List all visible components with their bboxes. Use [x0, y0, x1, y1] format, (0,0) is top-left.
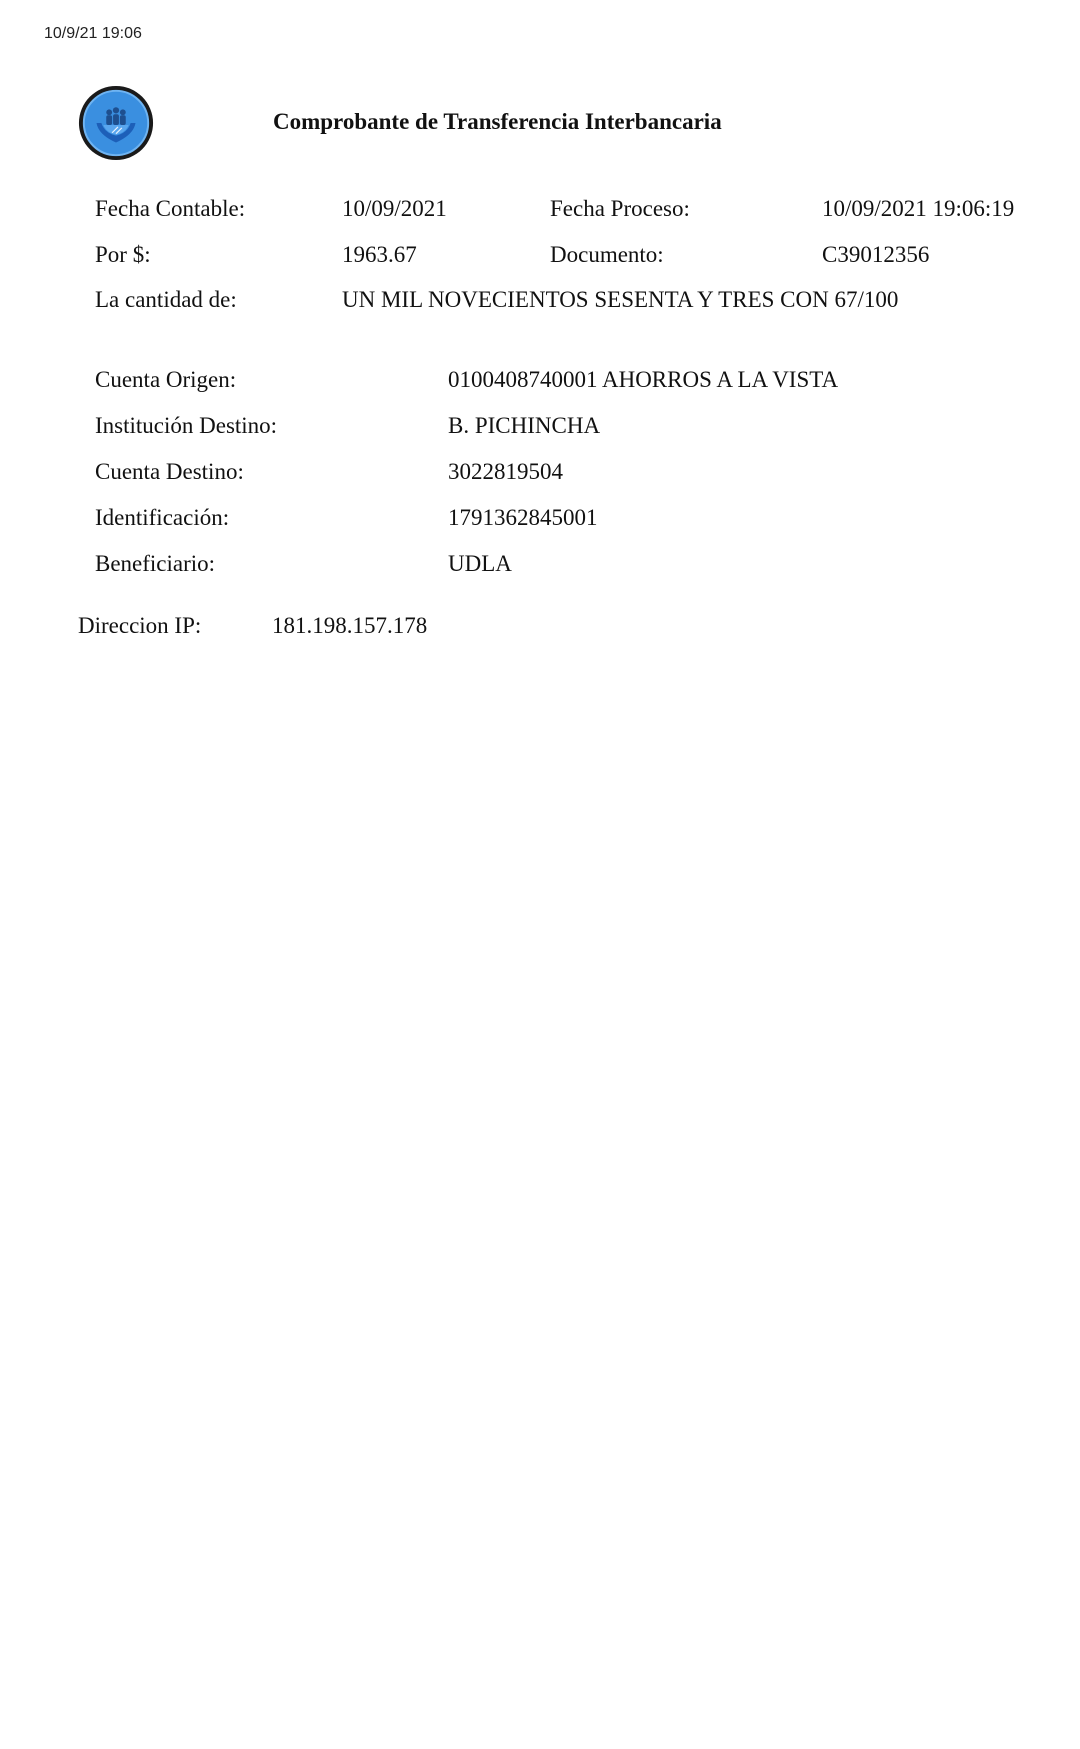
documento-value: C39012356	[822, 241, 929, 269]
beneficiario-label: Beneficiario:	[95, 550, 215, 578]
cuenta-origen-label: Cuenta Origen:	[95, 366, 236, 394]
fecha-contable-value: 10/09/2021	[342, 195, 447, 223]
ip-label: Direccion IP:	[78, 612, 201, 640]
identificacion-value: 1791362845001	[448, 504, 598, 532]
beneficiario-value: UDLA	[448, 550, 512, 578]
ip-value: 181.198.157.178	[272, 612, 427, 640]
documento-label: Documento:	[550, 241, 664, 269]
fecha-proceso-label: Fecha Proceso:	[550, 195, 690, 223]
cantidad-value: UN MIL NOVECIENTOS SESENTA Y TRES CON 67…	[342, 286, 898, 314]
cuenta-destino-value: 3022819504	[448, 458, 563, 486]
institucion-destino-value: B. PICHINCHA	[448, 412, 600, 440]
cantidad-label: La cantidad de:	[95, 286, 237, 314]
cuenta-destino-label: Cuenta Destino:	[95, 458, 244, 486]
print-timestamp: 10/9/21 19:06	[44, 24, 142, 44]
monto-label: Por $:	[95, 241, 151, 269]
fecha-contable-label: Fecha Contable:	[95, 195, 245, 223]
bank-logo-icon	[77, 84, 155, 162]
cuenta-origen-value: 0100408740001 AHORROS A LA VISTA	[448, 366, 838, 394]
monto-value: 1963.67	[342, 241, 417, 269]
identificacion-label: Identificación:	[95, 504, 229, 532]
fecha-proceso-value: 10/09/2021 19:06:19	[822, 195, 1014, 223]
institucion-destino-label: Institución Destino:	[95, 412, 277, 440]
page-title: Comprobante de Transferencia Interbancar…	[273, 108, 722, 136]
